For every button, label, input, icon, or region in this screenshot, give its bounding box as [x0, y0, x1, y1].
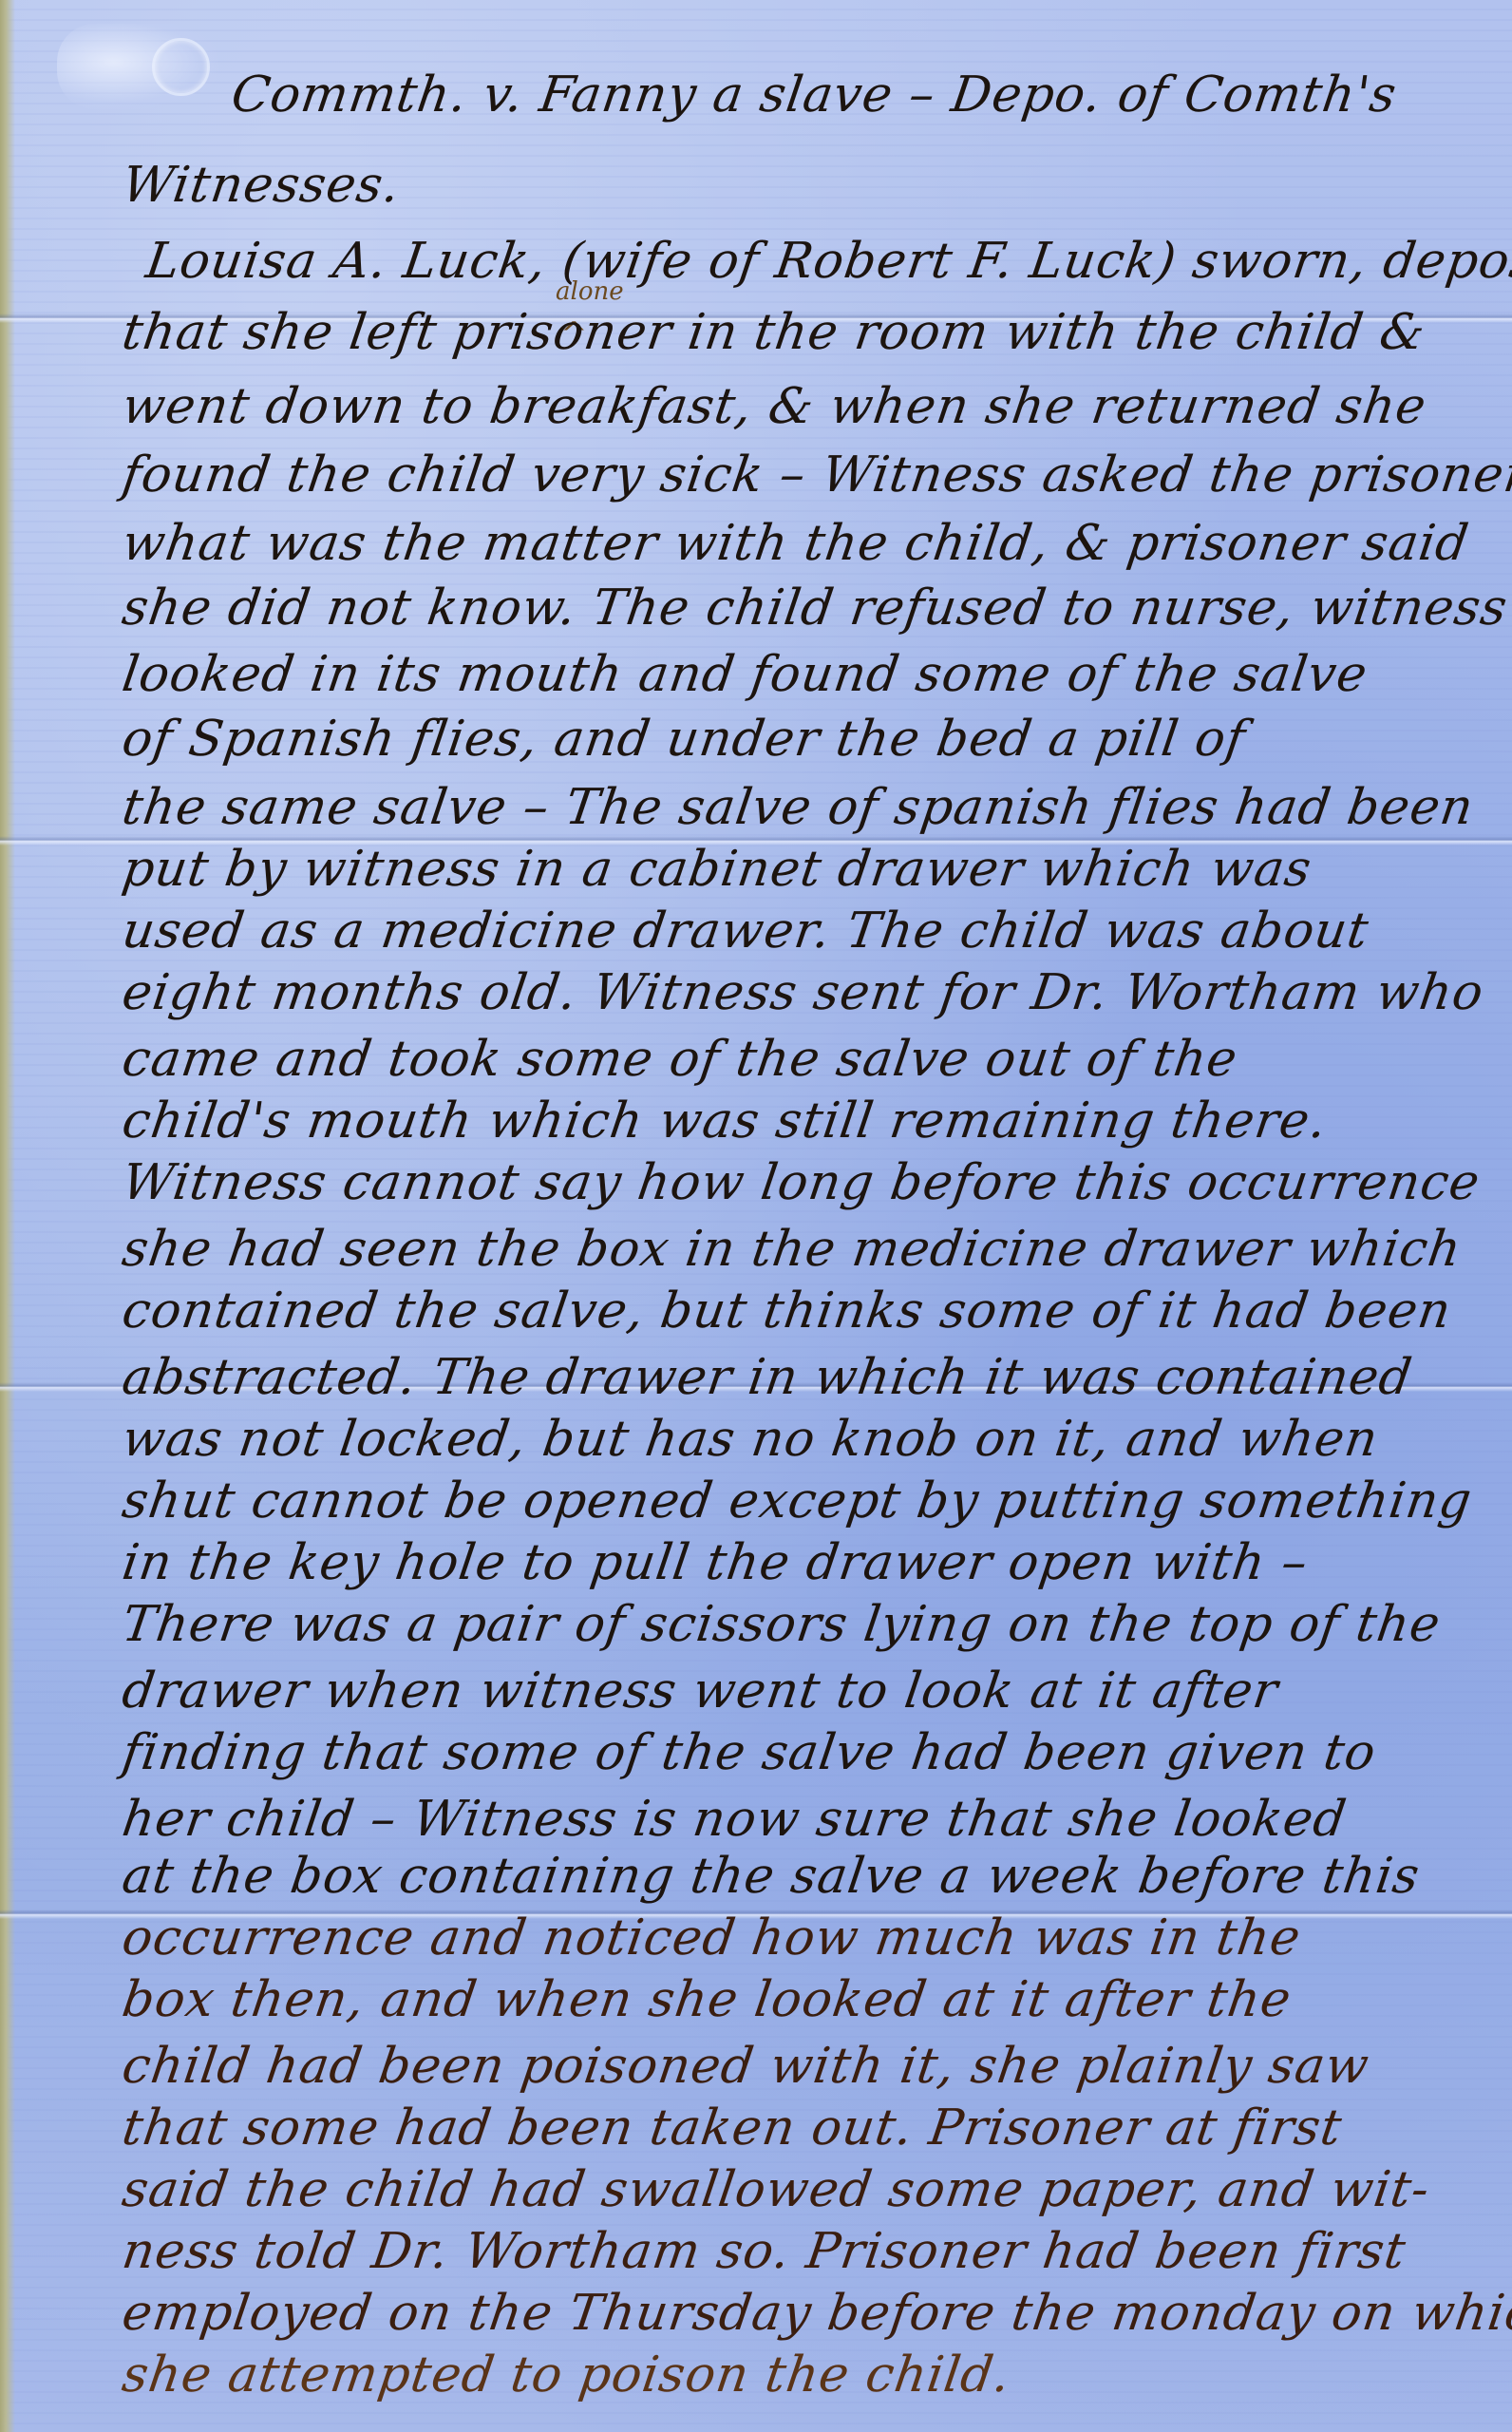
heading-line-2: Witnesses.: [119, 157, 404, 214]
text-line: box then, and when she looked at it afte…: [119, 1971, 1295, 2028]
text-line: eight months old. Witness sent for Dr. W…: [119, 964, 1487, 1021]
text-line: looked in its mouth and found some of th…: [119, 646, 1371, 703]
text-line: Louisa A. Luck, (wife of Robert F. Luck)…: [142, 233, 1512, 290]
text-line: employed on the Thursday before the mond…: [119, 2285, 1512, 2342]
text-line: child's mouth which was still remaining …: [119, 1092, 1331, 1149]
text-line: went down to breakfast, & when she retur…: [119, 378, 1430, 435]
heading-line-1: Commth. v. Fanny a slave – Depo. of Comt…: [228, 66, 1400, 123]
text-line: ness told Dr. Wortham so. Prisoner had b…: [119, 2223, 1409, 2280]
text-line: said the child had swallowed some paper,…: [119, 2161, 1433, 2218]
text-line: the same salve – The salve of spanish fl…: [119, 779, 1477, 836]
text-line: occurrence and noticed how much was in t…: [119, 1909, 1305, 1966]
text-line: put by witness in a cabinet drawer which…: [119, 841, 1315, 898]
handwritten-text: Commth. v. Fanny a slave – Depo. of Comt…: [0, 0, 1512, 2432]
text-line: found the child very sick – Witness aske…: [119, 446, 1512, 503]
text-line: at the box containing the salve a week b…: [119, 1848, 1424, 1905]
text-line: was not locked, but has no knob on it, a…: [119, 1411, 1382, 1468]
text-line: what was the matter with the child, & pr…: [119, 515, 1472, 572]
manuscript-page: Commth. v. Fanny a slave – Depo. of Comt…: [0, 0, 1512, 2432]
text-line: finding that some of the salve had been …: [119, 1724, 1380, 1781]
text-line: contained the salve, but thinks some of …: [119, 1282, 1455, 1339]
text-line: she had seen the box in the medicine dra…: [119, 1221, 1465, 1278]
text-line: Witness cannot say how long before this …: [119, 1154, 1484, 1211]
text-line: drawer when witness went to look at it a…: [119, 1662, 1282, 1719]
text-line: that some had been taken out. Prisoner a…: [119, 2099, 1346, 2156]
text-line: of Spanish flies, and under the bed a pi…: [119, 711, 1249, 768]
text-line: came and took some of the salve out of t…: [119, 1031, 1241, 1088]
insertion-alone: alone: [556, 277, 624, 306]
text-line: her child – Witness is now sure that she…: [119, 1791, 1351, 1848]
text-line: she attempted to poison the child.: [119, 2346, 1014, 2403]
text-line: abstracted. The drawer in which it was c…: [119, 1349, 1416, 1406]
text-line: child had been poisoned with it, she pla…: [119, 2038, 1372, 2095]
text-line: she did not know. The child refused to n…: [119, 579, 1511, 636]
text-line: There was a pair of scissors lying on th…: [119, 1596, 1445, 1653]
text-line: that she left prisoner in the room with …: [119, 304, 1429, 361]
text-line: shut cannot be opened except by putting …: [119, 1472, 1476, 1529]
text-line: in the key hole to pull the drawer open …: [119, 1534, 1312, 1591]
text-line: used as a medicine drawer. The child was…: [119, 902, 1372, 959]
